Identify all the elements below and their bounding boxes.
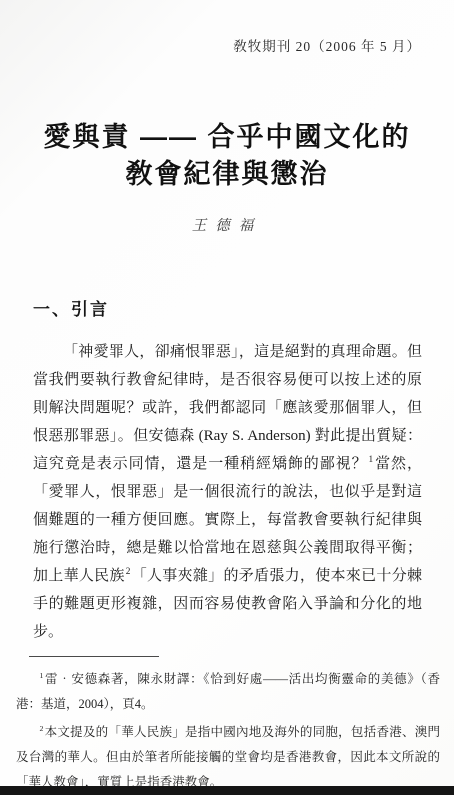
- scan-edge-bar: [0, 786, 454, 795]
- body-text-segment: 當然，「愛罪人，恨罪惡」是一個很流行的說法，也似乎是對這個難題的一種方便回應。實…: [33, 456, 422, 584]
- author-name: 王德福: [0, 214, 454, 235]
- footnote-marker: 2: [40, 724, 44, 733]
- footnote-text: 本文提及的「華人民族」是指中國內地及海外的同胞，包括香港、澳門及台灣的華人。但由…: [16, 725, 440, 789]
- body-text-segment: 「神愛罪人，卻痛恨罪惡」，這是絕對的真理命題。但當我們要執行教會紀律時，是否很容…: [33, 344, 422, 472]
- footnote-text: 雷‧安德森著，陳永財譯：《恰到好處——活出均衡靈命的美德》（香港：基道，2004…: [16, 672, 440, 711]
- footnote-marker: 1: [40, 671, 44, 680]
- footnote-reference-1: 1: [369, 455, 374, 465]
- footnote-item: 2本文提及的「華人民族」是指中國內地及海外的同胞，包括香港、澳門及台灣的華人。但…: [16, 720, 440, 795]
- article-title: 愛與責 —— 合乎中國文化的 敎會紀律與懲治: [0, 119, 454, 193]
- body-paragraph: 「神愛罪人，卻痛恨罪惡」，這是絕對的真理命題。但當我們要執行教會紀律時，是否很容…: [33, 338, 422, 646]
- footnote-item: 1雷‧安德森著，陳永財譯：《恰到好處——活出均衡靈命的美德》（香港：基道，200…: [16, 667, 440, 717]
- journal-header: 敎牧期刊 20（2006 年 5 月）: [233, 35, 421, 55]
- article-title-line-1: 愛與責 —— 合乎中國文化的: [0, 119, 454, 156]
- footnote-reference-2: 2: [126, 567, 131, 577]
- footnote-separator-rule: [29, 656, 159, 657]
- footnotes-block: 1雷‧安德森著，陳永財譯：《恰到好處——活出均衡靈命的美德》（香港：基道，200…: [16, 667, 440, 795]
- section-heading: 一、引言: [33, 295, 109, 320]
- scanned-page: 敎牧期刊 20（2006 年 5 月） 愛與責 —— 合乎中國文化的 敎會紀律與…: [0, 0, 454, 795]
- article-title-line-2: 敎會紀律與懲治: [0, 156, 454, 193]
